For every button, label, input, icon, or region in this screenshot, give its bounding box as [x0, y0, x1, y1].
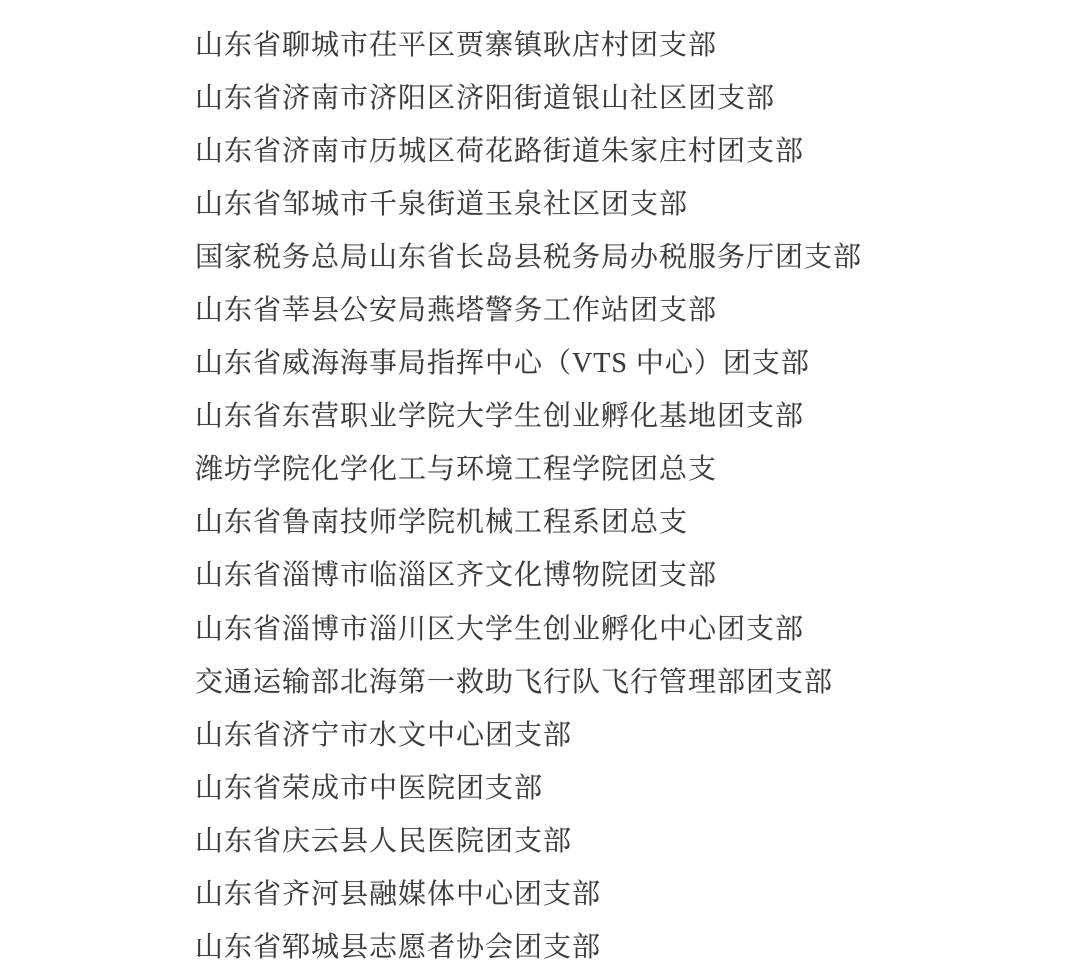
- list-item: 山东省庆云县人民医院团支部: [195, 812, 1040, 865]
- list-item: 交通运输部北海第一救助飞行队飞行管理部团支部: [195, 653, 1040, 706]
- list-item: 潍坊学院化学化工与环境工程学院团总支: [195, 441, 1040, 494]
- list-item: 山东省齐河县融媒体中心团支部: [195, 866, 1040, 919]
- list-item: 山东省济南市历城区荷花路街道朱家庄村团支部: [195, 122, 1040, 175]
- list-item: 山东省济南市济阳区济阳街道银山社区团支部: [195, 69, 1040, 122]
- list-item: 山东省淄博市淄川区大学生创业孵化中心团支部: [195, 600, 1040, 653]
- list-item: 山东省济宁市水文中心团支部: [195, 706, 1040, 759]
- list-item: 山东省聊城市茌平区贾寨镇耿店村团支部: [195, 16, 1040, 69]
- list-item: 山东省邹城市千泉街道玉泉社区团支部: [195, 175, 1040, 228]
- list-item: 山东省淄博市临淄区齐文化博物院团支部: [195, 547, 1040, 600]
- list-item: 国家税务总局山东省长岛县税务局办税服务厅团支部: [195, 228, 1040, 281]
- list-item: 山东省荣成市中医院团支部: [195, 759, 1040, 812]
- list-item: 山东省东营职业学院大学生创业孵化基地团支部: [195, 388, 1040, 441]
- list-item: 山东省威海海事局指挥中心（VTS 中心）团支部: [195, 335, 1040, 388]
- list-item: 山东省鲁南技师学院机械工程系团总支: [195, 494, 1040, 547]
- list-item: 山东省莘县公安局燕塔警务工作站团支部: [195, 281, 1040, 334]
- document-page: 山东省聊城市茌平区贾寨镇耿店村团支部 山东省济南市济阳区济阳街道银山社区团支部 …: [0, 0, 1080, 968]
- list-item: 山东省郓城县志愿者协会团支部: [195, 919, 1040, 968]
